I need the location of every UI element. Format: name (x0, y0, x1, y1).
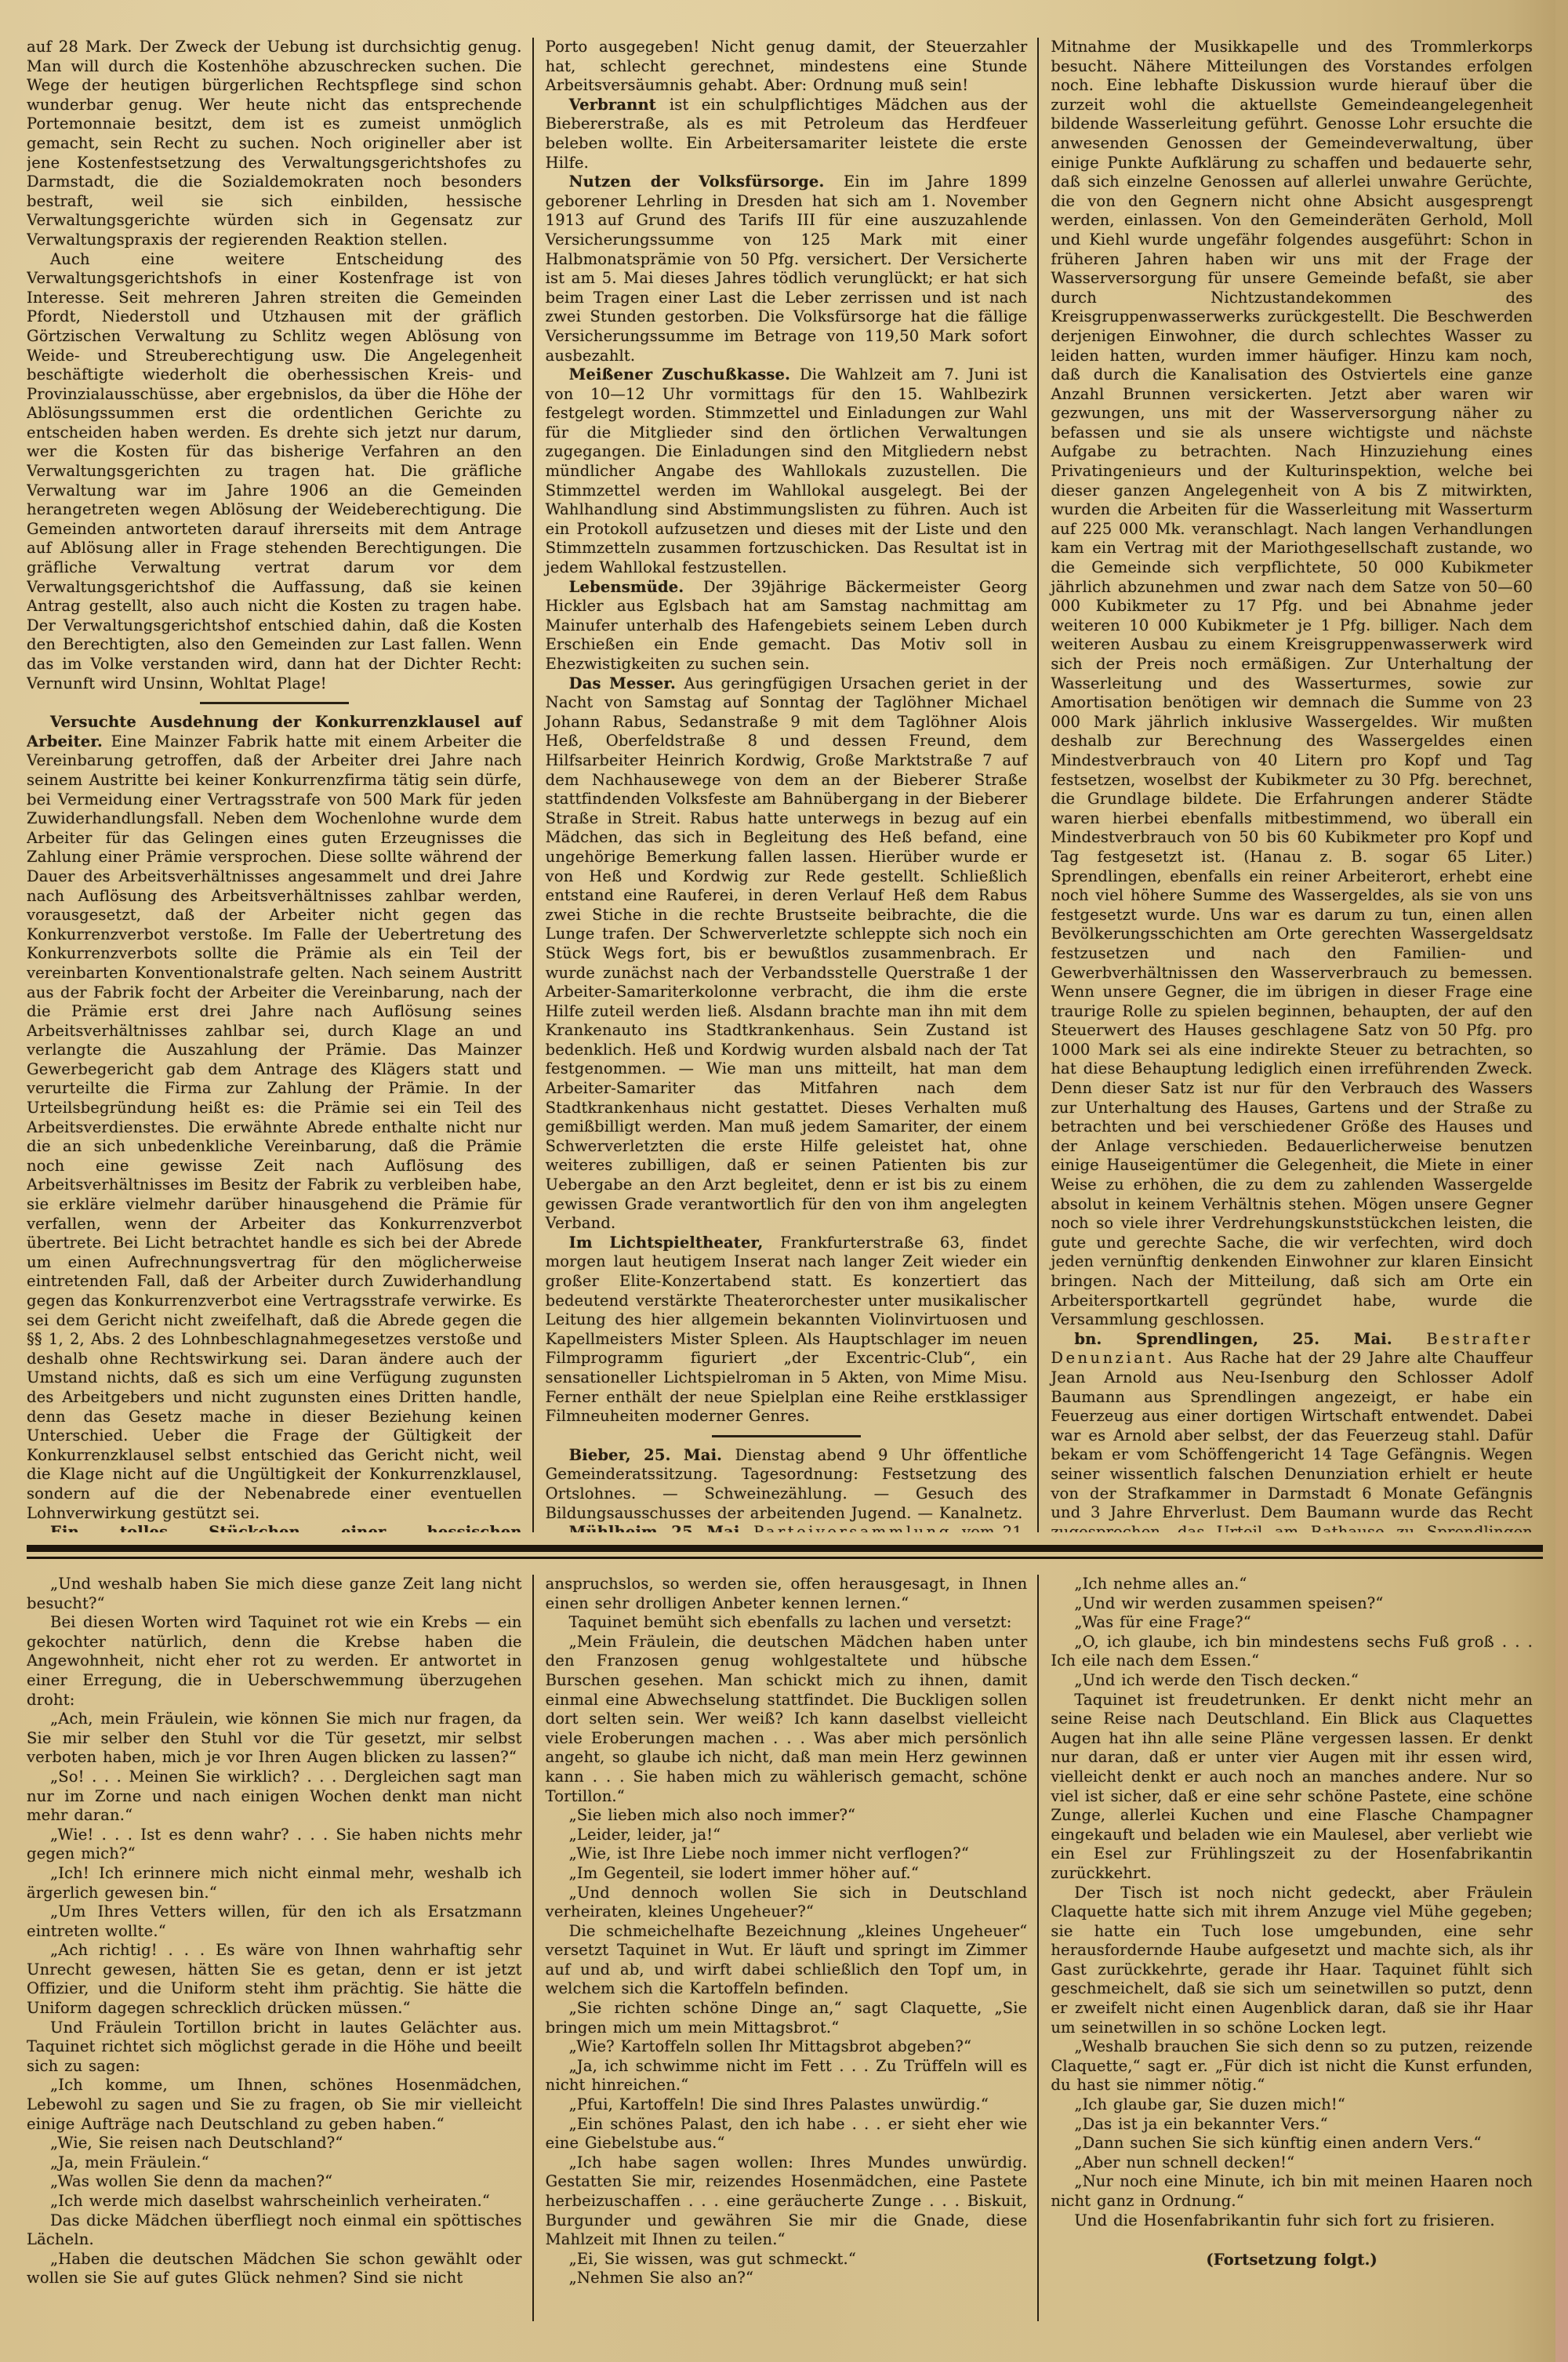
article-paragraph: „Wie? Kartoffeln sollen Ihr Mittagsbrot … (546, 2037, 1028, 2057)
article-paragraph: „Sie lieben mich also noch immer?“ (546, 1806, 1028, 1826)
article-paragraph: Das Messer. Aus geringfügigen Ursachen g… (546, 674, 1028, 1234)
paragraph-lead: Im Lichtspieltheater, (569, 1234, 781, 1252)
page-edge-shadow (1555, 0, 1568, 2362)
article-divider-rule (712, 1435, 861, 1437)
article-paragraph: „Und weshalb haben Sie mich diese ganze … (27, 1575, 522, 1613)
article-paragraph: „Ich glaube gar, Sie duzen mich!“ (1051, 2095, 1533, 2115)
article-paragraph: Auch eine weitere Entscheidung des Verwa… (27, 250, 522, 694)
news-column-1: auf 28 Mark. Der Zweck der Uebung ist du… (27, 38, 532, 1532)
feuilleton-column-2: anspruchslos, so werden sie, offen herau… (532, 1575, 1038, 2321)
article-paragraph: auf 28 Mark. Der Zweck der Uebung ist du… (27, 38, 522, 250)
article-paragraph: Und die Hosenfabrikantin fuhr sich fort … (1051, 2211, 1533, 2231)
article-paragraph: bn. Sprendlingen, 25. Mai. Bestrafter De… (1051, 1330, 1533, 1532)
article-paragraph: Ein tolles Stückchen einer hessischen St… (27, 1523, 522, 1532)
article-paragraph: Der Tisch ist noch nicht gedeckt, aber F… (1051, 1884, 1533, 2038)
article-paragraph: „Und ich werde den Tisch decken.“ (1051, 1671, 1533, 1691)
paragraph-lead: Mühlheim, 25. Mai. (569, 1523, 753, 1532)
article-paragraph: „Und wir werden zusammen speisen?“ (1051, 1594, 1533, 1614)
article-paragraph: „Aber nun schnell decken!“ (1051, 2153, 1533, 2173)
article-paragraph: „Das ist ja ein bekannter Vers.“ (1051, 2115, 1533, 2135)
article-paragraph: „So! . . . Meinen Sie wirklich? . . . De… (27, 1768, 522, 1826)
article-paragraph: „Dann suchen Sie sich künftig einen ande… (1051, 2134, 1533, 2153)
paragraph-lead: Ein tolles Stückchen einer hessischen St… (27, 1523, 522, 1532)
article-paragraph: „Haben die deutschen Mädchen Sie schon g… (27, 2250, 522, 2288)
article-paragraph: Verbrannt ist ein schulpflichtiges Mädch… (546, 96, 1028, 173)
paragraph-lead: Verbrannt (569, 96, 670, 114)
article-paragraph: „Ich komme, um Ihnen, schönes Hosenmädch… (27, 2076, 522, 2134)
paragraph-lead: Das Messer. (569, 674, 684, 692)
news-column-3: Mitnahme der Musikkapelle und des Tromml… (1037, 38, 1543, 1532)
feuilleton-column-3: „Ich nehme alles an.“„Und wir werden zus… (1037, 1575, 1543, 2321)
article-paragraph: „Was wollen Sie denn da machen?“ (27, 2172, 522, 2192)
article-paragraph: „Wie, Sie reisen nach Deutschland?“ (27, 2134, 522, 2153)
article-paragraph: „Pfui, Kartoffeln! Die sind Ihres Palast… (546, 2095, 1028, 2115)
article-paragraph: Und Fräulein Tortillon bricht in lautes … (27, 2019, 522, 2077)
article-paragraph: „Ei, Sie wissen, was gut schmeckt.“ (546, 2250, 1028, 2269)
paragraph-lead: bn. Sprendlingen, 25. Mai. (1074, 1330, 1426, 1348)
article-paragraph: „Was für eine Frage?“ (1051, 1613, 1533, 1633)
article-paragraph: „O, ich glaube, ich bin mindestens sechs… (1051, 1633, 1533, 1671)
continuation-notice: (Fortsetzung folgt.) (1051, 2251, 1533, 2270)
news-section: auf 28 Mark. Der Zweck der Uebung ist du… (27, 38, 1543, 1532)
article-paragraph: „Leider, leider, ja!“ (546, 1826, 1028, 1845)
article-paragraph: Die schmeichelhafte Bezeichnung „kleines… (546, 1922, 1028, 1999)
article-paragraph: Das dicke Mädchen überfliegt noch einmal… (27, 2211, 522, 2250)
article-paragraph: „Ich! Ich erinnere mich nicht einmal meh… (27, 1864, 522, 1902)
article-paragraph: „Nur noch eine Minute, ich bin mit meine… (1051, 2172, 1533, 2211)
paragraph-lead: Bieber, 25. Mai. (569, 1446, 735, 1464)
article-paragraph: „Um Ihres Vetters willen, für den ich al… (27, 1902, 522, 1941)
article-paragraph: Lebensmüde. Der 39jährige Bäckermeister … (546, 578, 1028, 674)
article-paragraph: Bei diesen Worten wird Taquinet rot wie … (27, 1613, 522, 1710)
article-paragraph: „Wie, ist Ihre Liebe noch immer nicht ve… (546, 1844, 1028, 1864)
paragraph-lead: Nutzen der Volksfürsorge. (569, 173, 844, 191)
article-paragraph: Taquinet ist freudetrunken. Er denkt nic… (1051, 1691, 1533, 1884)
article-paragraph: Taquinet bemüht sich ebenfalls zu lachen… (546, 1613, 1028, 1633)
article-paragraph: „Ein schönes Palast, den ich habe . . . … (546, 2115, 1028, 2153)
article-paragraph: „Ja, ich schwimme nicht im Fett . . . Zu… (546, 2057, 1028, 2095)
article-paragraph: anspruchslos, so werden sie, offen herau… (546, 1575, 1028, 1613)
article-paragraph: „Sie richten schöne Dinge an,“ sagt Claq… (546, 1999, 1028, 2037)
article-paragraph: „Weshalb brauchen Sie sich denn so zu pu… (1051, 2037, 1533, 2095)
article-paragraph: Bieber, 25. Mai. Dienstag abend 9 Uhr öf… (546, 1446, 1028, 1523)
article-paragraph: Versuchte Ausdehnung der Konkurrenzklaus… (27, 713, 522, 1523)
article-paragraph: Meißener Zuschußkasse. Die Wahlzeit am 7… (546, 365, 1028, 578)
article-paragraph: „Und dennoch wollen Sie sich in Deutschl… (546, 1884, 1028, 1922)
article-paragraph: „Ach richtig! . . . Es wäre von Ihnen wa… (27, 1941, 522, 2018)
article-paragraph: Porto ausgegeben! Nicht genug damit, der… (546, 38, 1028, 96)
news-column-2: Porto ausgegeben! Nicht genug damit, der… (532, 38, 1038, 1532)
newspaper-page: auf 28 Mark. Der Zweck der Uebung ist du… (27, 38, 1543, 2321)
article-paragraph: „Wie! . . . Ist es denn wahr? . . . Sie … (27, 1826, 522, 1864)
article-paragraph: „Ich habe sagen wollen: Ihres Mundes unw… (546, 2153, 1028, 2250)
emphasized-lead: Parteiversammlung (753, 1523, 962, 1532)
feuilleton-column-1: „Und weshalb haben Sie mich diese ganze … (27, 1575, 532, 2321)
paragraph-lead: Lebensmüde. (569, 578, 703, 596)
article-paragraph: „Ich werde mich daselbst wahrscheinlich … (27, 2192, 522, 2211)
article-paragraph: Im Lichtspieltheater, Frankfurterstraße … (546, 1234, 1028, 1426)
paragraph-lead: Meißener Zuschußkasse. (569, 365, 800, 383)
article-divider-rule (200, 702, 349, 704)
article-paragraph: „Ich nehme alles an.“ (1051, 1575, 1533, 1594)
paragraph-lead: Versuchte Ausdehnung der Konkurrenzklaus… (27, 713, 522, 750)
article-paragraph: „Mein Fräulein, die deutschen Mädchen ha… (546, 1633, 1028, 1806)
article-paragraph: „Im Gegenteil, sie lodert immer höher au… (546, 1864, 1028, 1884)
feuilleton-section: „Und weshalb haben Sie mich diese ganze … (27, 1575, 1543, 2321)
article-paragraph: „Ach, mein Fräulein, wie können Sie mich… (27, 1710, 522, 1768)
article-paragraph: Mitnahme der Musikkapelle und des Tromml… (1051, 38, 1533, 1330)
article-paragraph: Nutzen der Volksfürsorge. Ein im Jahre 1… (546, 173, 1028, 365)
article-paragraph: „Ja, mein Fräulein.“ (27, 2153, 522, 2173)
article-paragraph: „Nehmen Sie also an?“ (546, 2269, 1028, 2288)
article-paragraph: Mühlheim, 25. Mai. Parteiversammlung vom… (546, 1523, 1028, 1532)
section-divider-rule-thick (27, 1545, 1543, 1559)
